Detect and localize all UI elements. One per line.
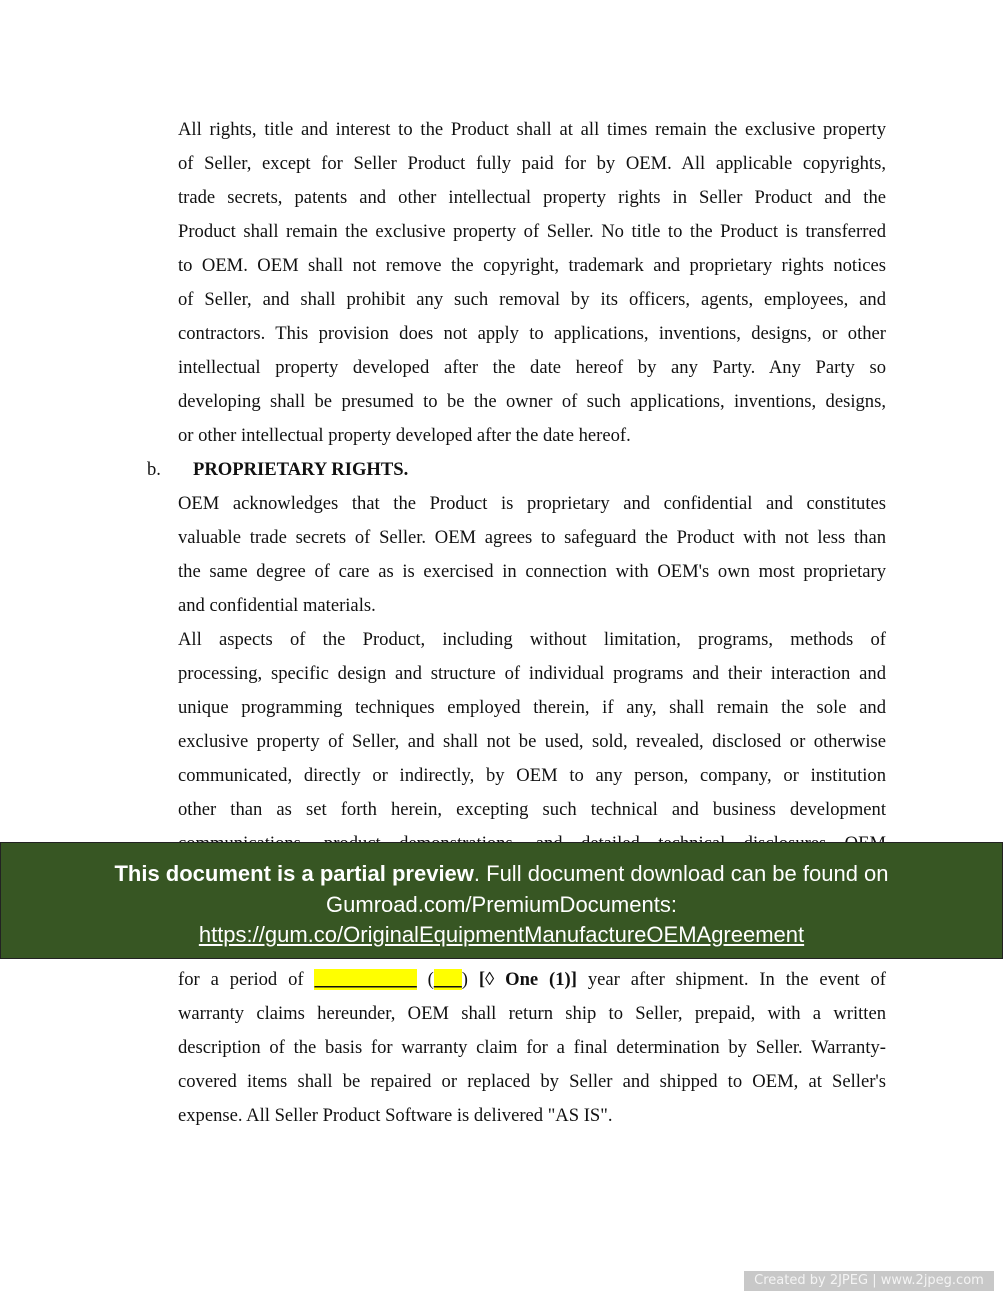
text-line: the same degree of care as is exercised … (178, 561, 886, 583)
watermark-badge: Created by 2JPEG | www.2jpeg.com (744, 1271, 994, 1291)
text-line: or other intellectual property developed… (178, 425, 886, 447)
blank-field-period-number[interactable]: ___ (434, 969, 462, 990)
text-line: other than as set forth herein, exceptin… (178, 799, 886, 821)
text-line: processing, specific design and structur… (178, 663, 886, 685)
text-line: covered items shall be repaired or repla… (178, 1071, 886, 1093)
text-line: trade secrets, patents and other intelle… (178, 187, 886, 209)
banner-line-2: Gumroad.com/PremiumDocuments: (1, 890, 1002, 921)
text-fragment: ( (428, 969, 434, 990)
text-line: intellectual property developed after th… (178, 357, 886, 379)
text-line-warranty-period: for a period of ___________ (___) [◊ One… (178, 969, 886, 991)
text-line: All aspects of the Product, including wi… (178, 629, 886, 651)
section-heading-proprietary-rights: b.PROPRIETARY RIGHTS. (147, 459, 408, 481)
text-line: to OEM. OEM shall not remove the copyrig… (178, 255, 886, 277)
text-line: and confidential materials. (178, 595, 886, 617)
text-line: description of the basis for warranty cl… (178, 1037, 886, 1059)
text-line: expense. All Seller Product Software is … (178, 1105, 886, 1127)
text-fragment: year after shipment. In the event of (588, 969, 886, 990)
text-line: developing shall be presumed to be the o… (178, 391, 886, 413)
section-title: PROPRIETARY RIGHTS. (193, 459, 408, 480)
banner-line-3: https://gum.co/OriginalEquipmentManufact… (1, 920, 1002, 951)
banner-text: . Full document download can be found on (474, 861, 889, 886)
text-line: All rights, title and interest to the Pr… (178, 119, 886, 141)
download-link[interactable]: https://gum.co/OriginalEquipmentManufact… (199, 922, 804, 947)
banner-line-1: This document is a partial preview. Full… (1, 859, 1002, 890)
option-value: One (1) (505, 969, 571, 990)
text-line: contractors. This provision does not app… (178, 323, 886, 345)
option-bracket: ] (571, 969, 577, 990)
text-fragment: ) (462, 969, 468, 990)
text-line: warranty claims hereunder, OEM shall ret… (178, 1003, 886, 1025)
text-fragment: for a period of (178, 969, 304, 990)
text-line: unique programming techniques employed t… (178, 697, 886, 719)
text-line: valuable trade secrets of Seller. OEM ag… (178, 527, 886, 549)
partial-preview-banner: This document is a partial preview. Full… (0, 842, 1003, 959)
option-bracket: [◊ (479, 969, 494, 990)
text-line: communicated, directly or indirectly, by… (178, 765, 886, 787)
text-line: of Seller, except for Seller Product ful… (178, 153, 886, 175)
banner-bold-text: This document is a partial preview (114, 861, 473, 886)
text-line: exclusive property of Seller, and shall … (178, 731, 886, 753)
text-line: Product shall remain the exclusive prope… (178, 221, 886, 243)
text-line: of Seller, and shall prohibit any such r… (178, 289, 886, 311)
text-line: OEM acknowledges that the Product is pro… (178, 493, 886, 515)
blank-field-period-words[interactable]: ___________ (314, 969, 416, 990)
section-number: b. (147, 459, 193, 481)
document-page: All rights, title and interest to the Pr… (0, 0, 1005, 1301)
